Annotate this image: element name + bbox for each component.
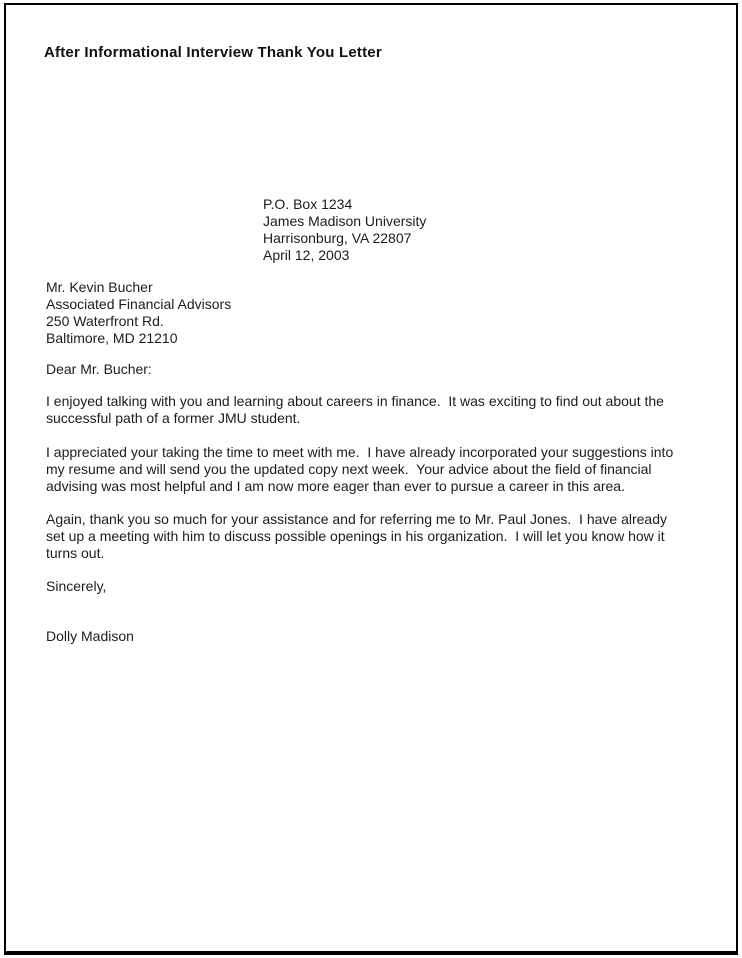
sender-address-line: James Madison University [263, 213, 426, 230]
signature-name: Dolly Madison [46, 628, 134, 645]
recipient-address: Mr. Kevin Bucher Associated Financial Ad… [46, 279, 231, 347]
closing: Sincerely, [46, 578, 106, 595]
recipient-street-line: 250 Waterfront Rd. [46, 313, 231, 330]
recipient-name-line: Mr. Kevin Bucher [46, 279, 231, 296]
body-paragraph: Again, thank you so much for your assist… [46, 511, 736, 562]
recipient-company-line: Associated Financial Advisors [46, 296, 231, 313]
salutation: Dear Mr. Bucher: [46, 361, 152, 378]
body-paragraph: I appreciated your taking the time to me… [46, 444, 736, 495]
sender-address: P.O. Box 1234 James Madison University H… [263, 196, 426, 264]
body-paragraph: I enjoyed talking with you and learning … [46, 393, 736, 427]
sender-address-line: P.O. Box 1234 [263, 196, 426, 213]
letter-page: After Informational Interview Thank You … [0, 0, 742, 958]
document-title: After Informational Interview Thank You … [44, 44, 382, 62]
sender-address-line: Harrisonburg, VA 22807 [263, 230, 426, 247]
recipient-city-line: Baltimore, MD 21210 [46, 330, 231, 347]
sender-date-line: April 12, 2003 [263, 247, 426, 264]
